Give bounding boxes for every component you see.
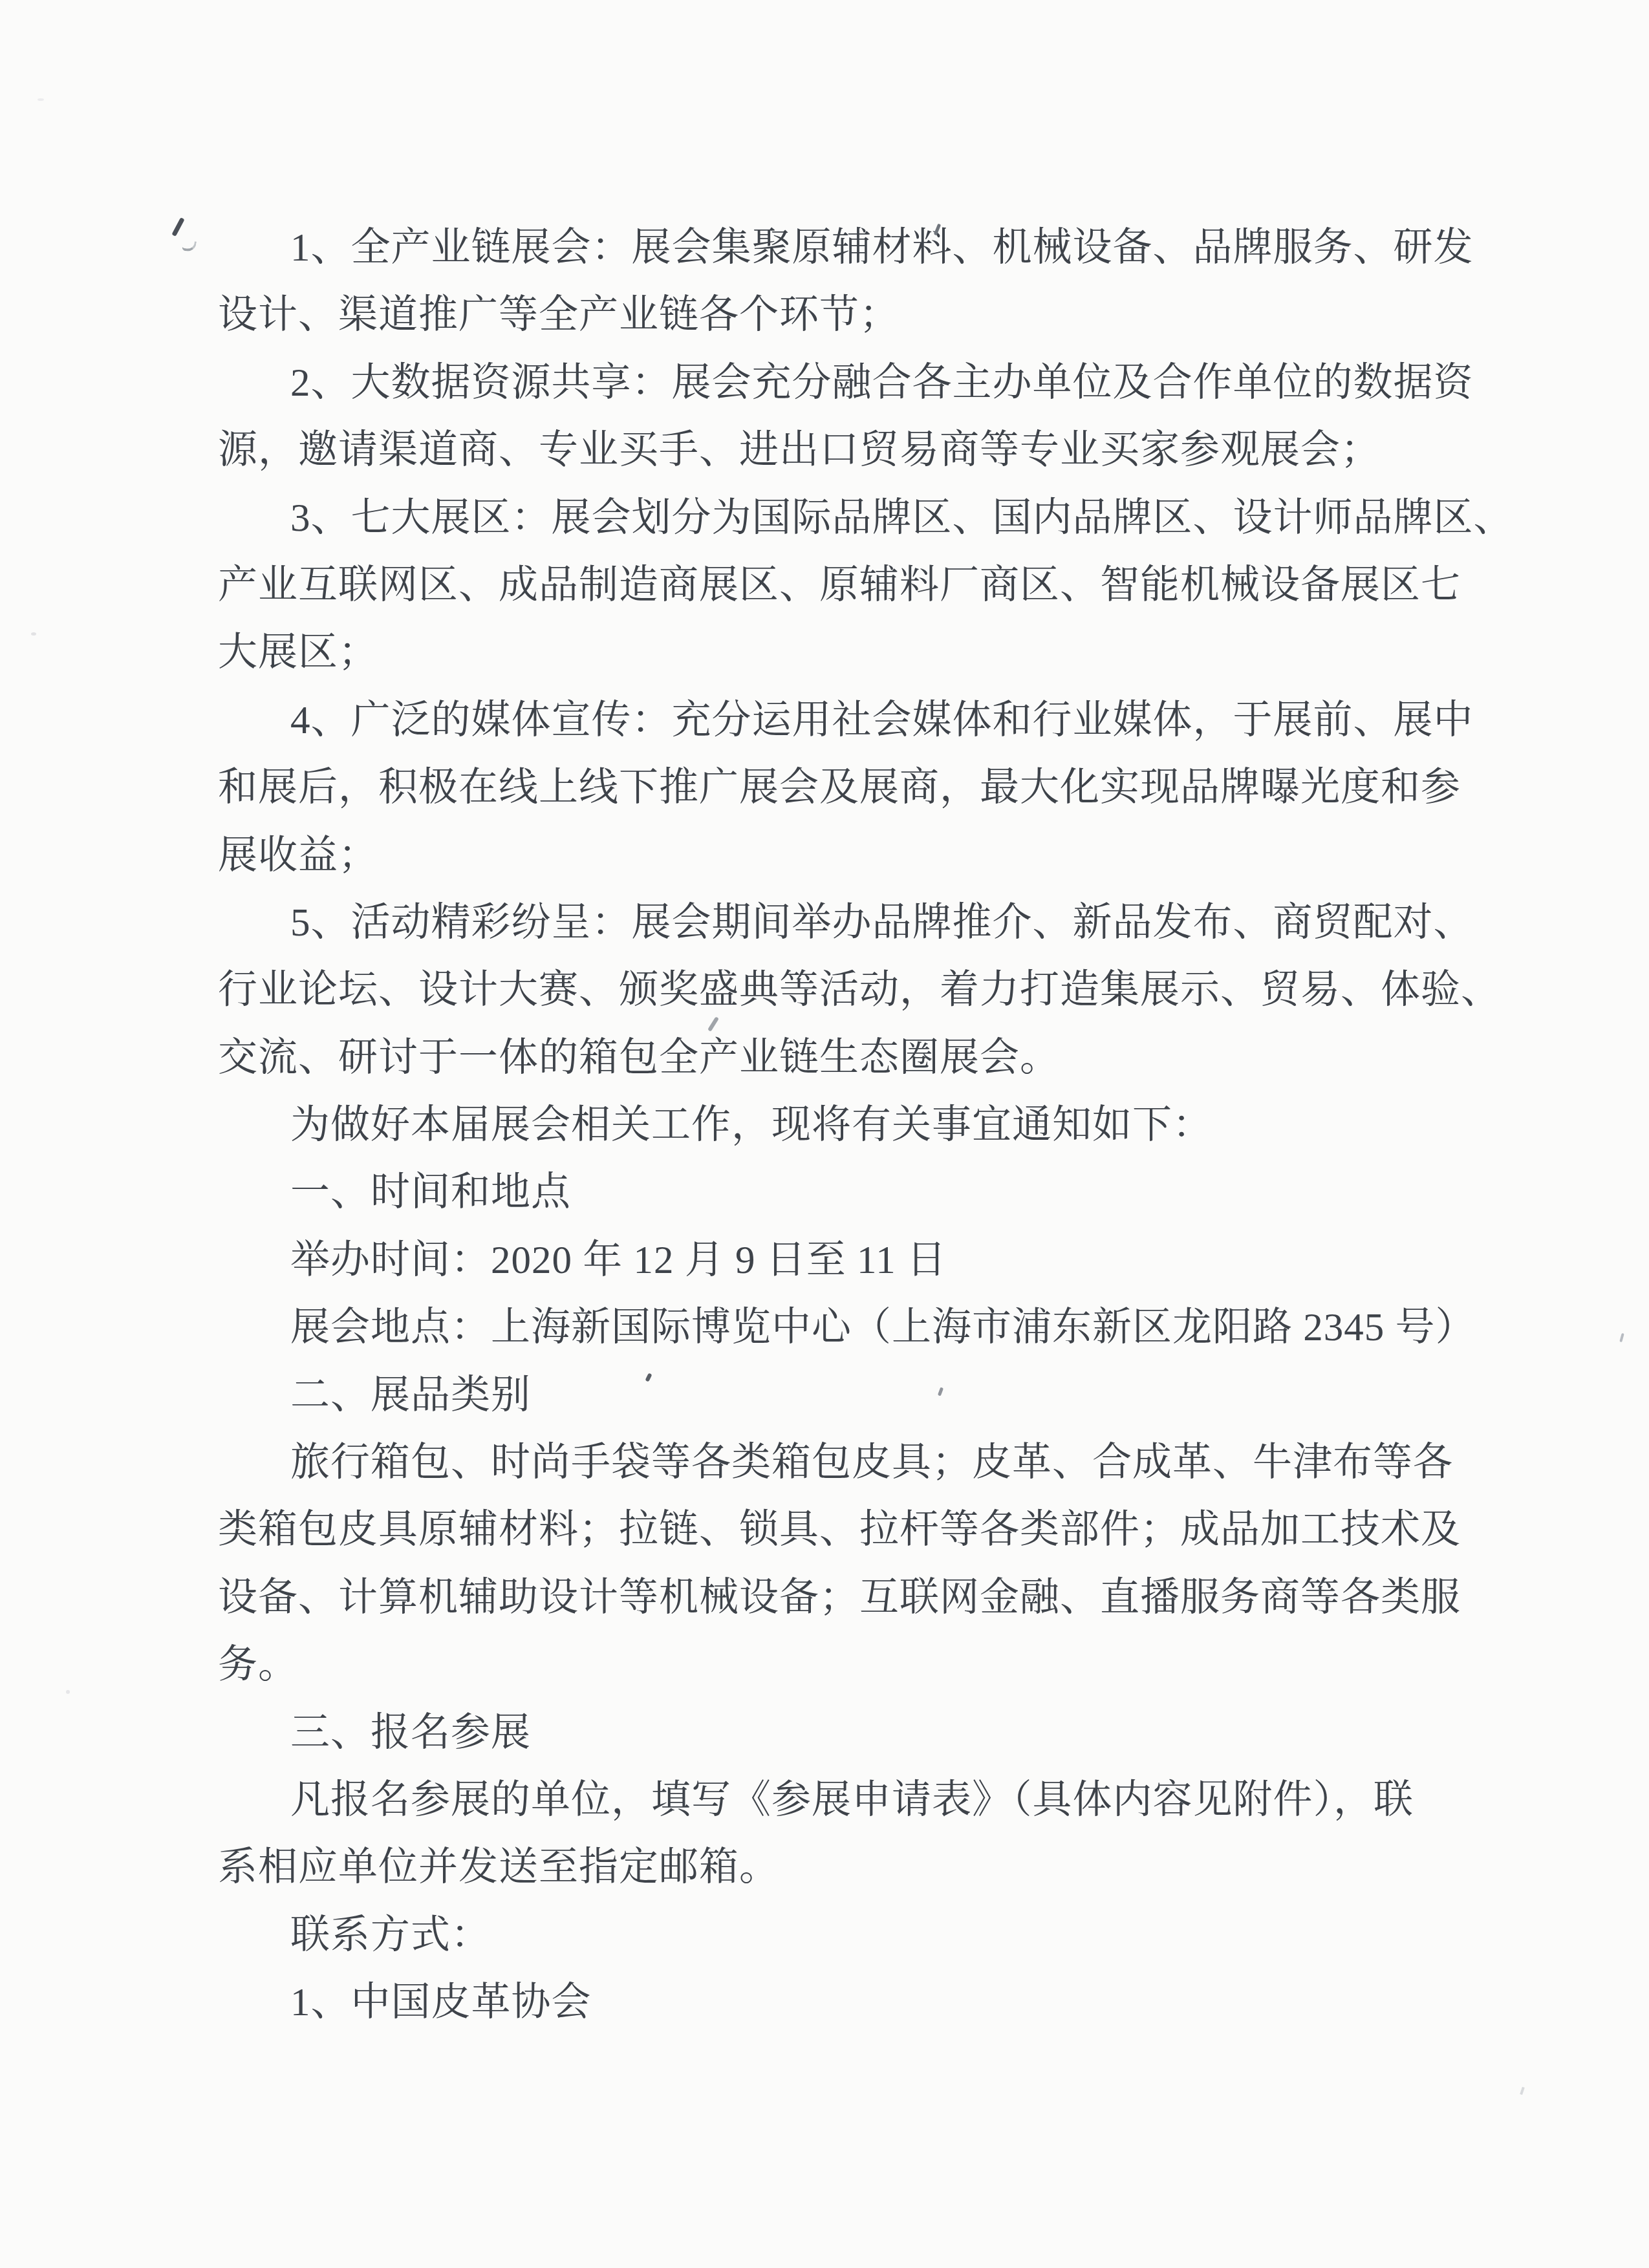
document-line: 交流、研讨于一体的箱包全产业链生态圈展会。 (218, 1025, 1427, 1092)
document-line: 1、全产业链展会：展会集聚原辅材料、机械设备、品牌服务、研发 (218, 215, 1427, 282)
document-line: 为做好本届展会相关工作，现将有关事宜通知如下： (218, 1092, 1427, 1159)
document-line: 务。 (218, 1632, 1427, 1699)
document-line: 3、七大展区：展会划分为国际品牌区、国内品牌区、设计师品牌区、 (218, 485, 1427, 552)
document-line: 设备、计算机辅助设计等机械设备；互联网金融、直播服务商等各类服 (218, 1565, 1427, 1632)
document-line: 4、广泛的媒体宣传：充分运用社会媒体和行业媒体，于展前、展中 (218, 687, 1427, 754)
document-line-event-venue: 展会地点：上海新国际博览中心（上海市浦东新区龙阳路 2345 号） (218, 1294, 1427, 1362)
pen-hook-mark (182, 240, 197, 253)
scan-speck (66, 1690, 70, 1694)
document-line: 类箱包皮具原辅材料；拉链、锁具、拉杆等各类部件；成品加工技术及 (218, 1497, 1427, 1564)
document-line: 旅行箱包、时尚手袋等各类箱包皮具；皮革、合成革、牛津布等各 (218, 1429, 1427, 1497)
ink-tick-mark (1619, 1333, 1624, 1343)
document-line: 2、大数据资源共享：展会充分融合各主办单位及合作单位的数据资 (218, 350, 1427, 417)
document-line: 凡报名参展的单位，填写《参展申请表》（具体内容见附件），联 (218, 1767, 1427, 1834)
section-heading-exhibit-categories: 二、展品类别 (218, 1362, 1427, 1429)
document-line: 设计、渠道推广等全产业链各个环节； (218, 282, 1427, 349)
scan-speck (31, 632, 36, 636)
document-line: 大展区； (218, 619, 1427, 687)
document-line-event-time: 举办时间：2020 年 12 月 9 日至 11 日 (218, 1227, 1427, 1294)
document-line: 和展后，积极在线上线下推广展会及展商，最大化实现品牌曝光度和参 (218, 754, 1427, 822)
document-line: 展收益； (218, 822, 1427, 890)
scanned-document-page: 1、全产业链展会：展会集聚原辅材料、机械设备、品牌服务、研发 设计、渠道推广等全… (0, 0, 1649, 2268)
scan-speck (38, 98, 44, 101)
pen-tick-mark (171, 217, 184, 237)
document-line: 5、活动精彩纷呈：展会期间举办品牌推介、新品发布、商贸配对、 (218, 890, 1427, 957)
document-text-block: 1、全产业链展会：展会集聚原辅材料、机械设备、品牌服务、研发 设计、渠道推广等全… (218, 215, 1427, 2037)
document-line-contact-label: 联系方式： (218, 1902, 1427, 1969)
section-heading-time-place: 一、时间和地点 (218, 1159, 1427, 1226)
section-heading-registration: 三、报名参展 (218, 1700, 1427, 1767)
document-line: 行业论坛、设计大赛、颁奖盛典等活动，着力打造集展示、贸易、体验、 (218, 957, 1427, 1024)
document-line: 源，邀请渠道商、专业买手、进出口贸易商等专业买家参观展会； (218, 417, 1427, 484)
document-line-contact-org: 1、中国皮革协会 (218, 1969, 1427, 2037)
document-line: 系相应单位并发送至指定邮箱。 (218, 1834, 1427, 1901)
document-line: 产业互联网区、成品制造商展区、原辅料厂商区、智能机械设备展区七 (218, 552, 1427, 619)
scan-speck (1520, 2087, 1525, 2095)
